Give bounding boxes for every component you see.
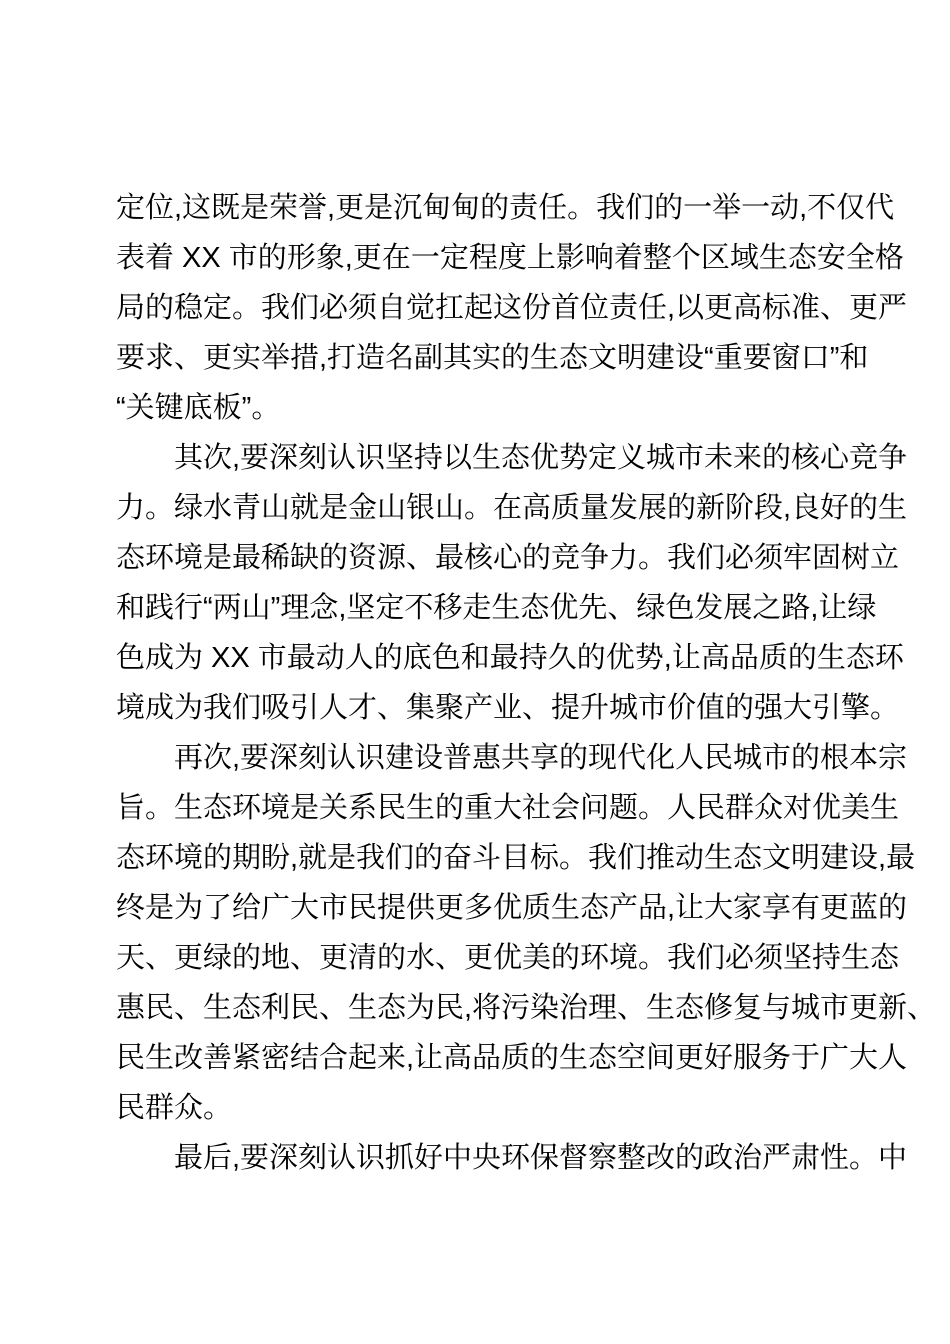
paragraph: 定位,这既是荣誉,更是沉甸甸的责任。我们的一举一动,不仅代表着 XX 市的形象,… <box>116 183 916 433</box>
text-line: 局的稳定。我们必须自觉扛起这份首位责任,以更高标准、更严 <box>116 283 916 333</box>
text-line: 力。绿水青山就是金山银山。在高质量发展的新阶段,良好的生 <box>116 483 916 533</box>
text-line: 其次,要深刻认识坚持以生态优势定义城市未来的核心竞争 <box>116 433 916 483</box>
text-line: 再次,要深刻认识建设普惠共享的现代化人民城市的根本宗 <box>116 733 916 783</box>
document-text-block: 定位,这既是荣誉,更是沉甸甸的责任。我们的一举一动,不仅代表着 XX 市的形象,… <box>116 183 916 1183</box>
text-line: 终是为了给广大市民提供更多优质生态产品,让大家享有更蓝的 <box>116 883 916 933</box>
text-line: 和践行“两山”理念,坚定不移走生态优先、绿色发展之路,让绿 <box>116 583 916 633</box>
text-line: 惠民、生态利民、生态为民,将污染治理、生态修复与城市更新、 <box>116 983 916 1033</box>
text-line: 天、更绿的地、更清的水、更优美的环境。我们必须坚持生态 <box>116 933 916 983</box>
paragraph: 最后,要深刻认识抓好中央环保督察整改的政治严肃性。中 <box>116 1133 916 1183</box>
text-line: 定位,这既是荣誉,更是沉甸甸的责任。我们的一举一动,不仅代 <box>116 183 916 233</box>
text-line: 民生改善紧密结合起来,让高品质的生态空间更好服务于广大人 <box>116 1033 916 1083</box>
paragraph: 其次,要深刻认识坚持以生态优势定义城市未来的核心竞争力。绿水青山就是金山银山。在… <box>116 433 916 733</box>
text-line: 态环境的期盼,就是我们的奋斗目标。我们推动生态文明建设,最 <box>116 833 916 883</box>
document-page: 定位,这既是荣誉,更是沉甸甸的责任。我们的一举一动,不仅代表着 XX 市的形象,… <box>0 0 950 1344</box>
text-line: 民群众。 <box>116 1083 916 1133</box>
text-line: 境成为我们吸引人才、集聚产业、提升城市价值的强大引擎。 <box>116 683 916 733</box>
text-line: 最后,要深刻认识抓好中央环保督察整改的政治严肃性。中 <box>116 1133 916 1183</box>
text-line: “关键底板”。 <box>116 383 916 433</box>
text-line: 表着 XX 市的形象,更在一定程度上影响着整个区域生态安全格 <box>116 233 916 283</box>
text-line: 旨。生态环境是关系民生的重大社会问题。人民群众对优美生 <box>116 783 916 833</box>
text-line: 色成为 XX 市最动人的底色和最持久的优势,让高品质的生态环 <box>116 633 916 683</box>
text-line: 要求、更实举措,打造名副其实的生态文明建设“重要窗口”和 <box>116 333 916 383</box>
paragraph: 再次,要深刻认识建设普惠共享的现代化人民城市的根本宗旨。生态环境是关系民生的重大… <box>116 733 916 1133</box>
text-line: 态环境是最稀缺的资源、最核心的竞争力。我们必须牢固树立 <box>116 533 916 583</box>
